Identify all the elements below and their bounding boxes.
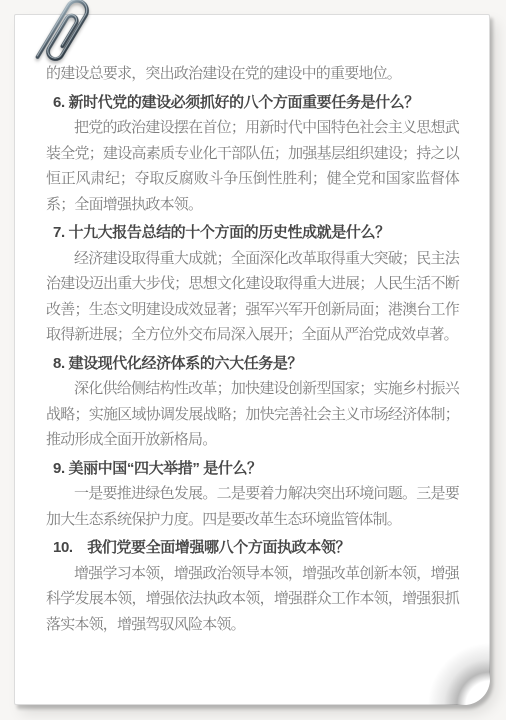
photo-canvas: 的建设总要求，突出政治建设在党的建设中的重要地位。 6. 新时代党的建设必须抓好… bbox=[0, 0, 506, 720]
question-heading-8: 8. 建设现代化经济体系的六大任务是？ bbox=[46, 351, 459, 377]
paper-sheet: 的建设总要求，突出政治建设在党的建设中的重要地位。 6. 新时代党的建设必须抓好… bbox=[14, 14, 490, 705]
question-heading-7: 7. 十九大报告总结的十个方面的历史性成就是什么？ bbox=[46, 220, 459, 246]
answer-paragraph-9: 一是要推进绿色发展。二是要着力解决突出环境问题。三是要加大生态系统保护力度。四是… bbox=[46, 481, 459, 532]
answer-paragraph-8: 深化供给侧结构性改革；加快建设创新型国家；实施乡村振兴战略；实施区域协调发展战略… bbox=[46, 376, 459, 453]
paragraph-continuation: 的建设总要求，突出政治建设在党的建设中的重要地位。 bbox=[46, 61, 459, 87]
answer-paragraph-10: 增强学习本领，增强政治领导本领，增强改革创新本领，增强科学发展本领，增强依法执政… bbox=[46, 561, 459, 638]
question-heading-10: 10. 我们党要全面增强哪八个方面执政本领？ bbox=[46, 535, 459, 561]
answer-paragraph-7: 经济建设取得重大成就；全面深化改革取得重大突破；民主法治建设迈出重大步伐；思想文… bbox=[46, 246, 459, 348]
question-heading-6: 6. 新时代党的建设必须抓好的八个方面重要任务是什么？ bbox=[46, 90, 459, 116]
question-heading-9: 9. 美丽中国“四大举措” 是什么？ bbox=[46, 456, 459, 482]
answer-paragraph-6: 把党的政治建设摆在首位；用新时代中国特色社会主义思想武装全党；建设高素质专业化干… bbox=[46, 115, 459, 217]
document-body: 的建设总要求，突出政治建设在党的建设中的重要地位。 6. 新时代党的建设必须抓好… bbox=[15, 15, 489, 637]
